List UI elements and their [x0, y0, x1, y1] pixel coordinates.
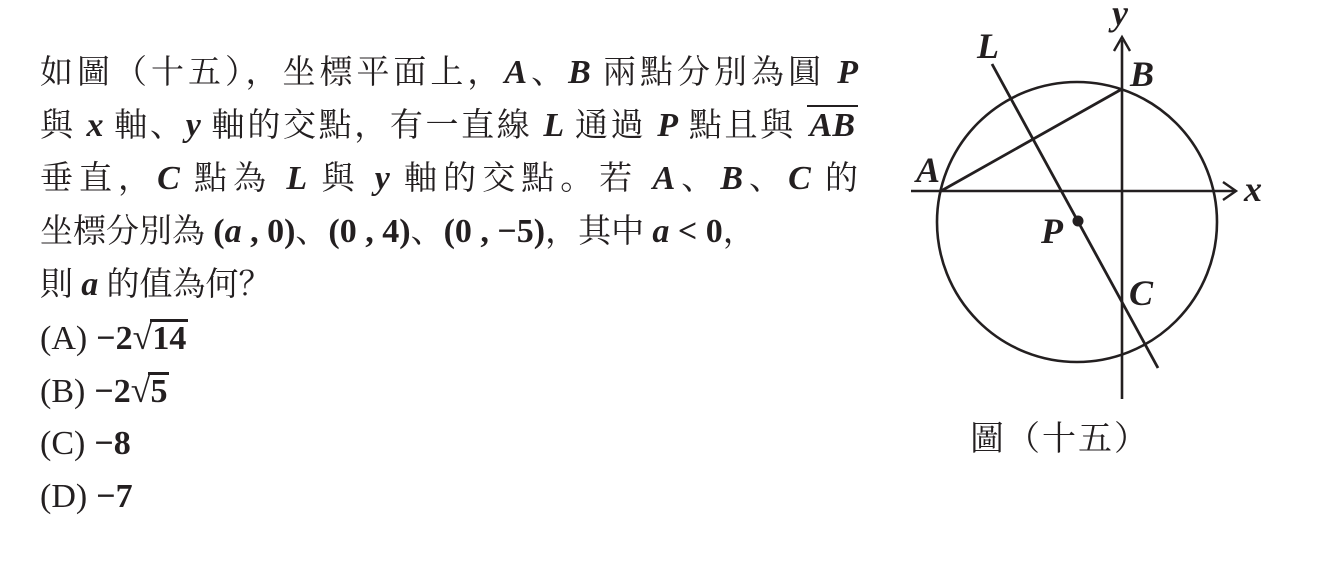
line-L	[992, 64, 1158, 368]
label-point-A: A	[914, 150, 940, 190]
label-line-L: L	[976, 26, 999, 66]
figure-canvas: L y B A x P C	[0, 0, 1338, 562]
chord-AB	[941, 89, 1122, 191]
label-y-axis: y	[1108, 0, 1129, 33]
point-P-dot	[1073, 216, 1084, 227]
figure-caption: 圖（十五）	[950, 411, 1170, 460]
label-point-P: P	[1040, 211, 1064, 251]
label-point-B: B	[1129, 54, 1154, 94]
exam-page: { "problem": { "lines": [ {"justify": tr…	[0, 0, 1338, 562]
label-point-C: C	[1129, 273, 1154, 313]
label-x-axis: x	[1243, 169, 1262, 209]
